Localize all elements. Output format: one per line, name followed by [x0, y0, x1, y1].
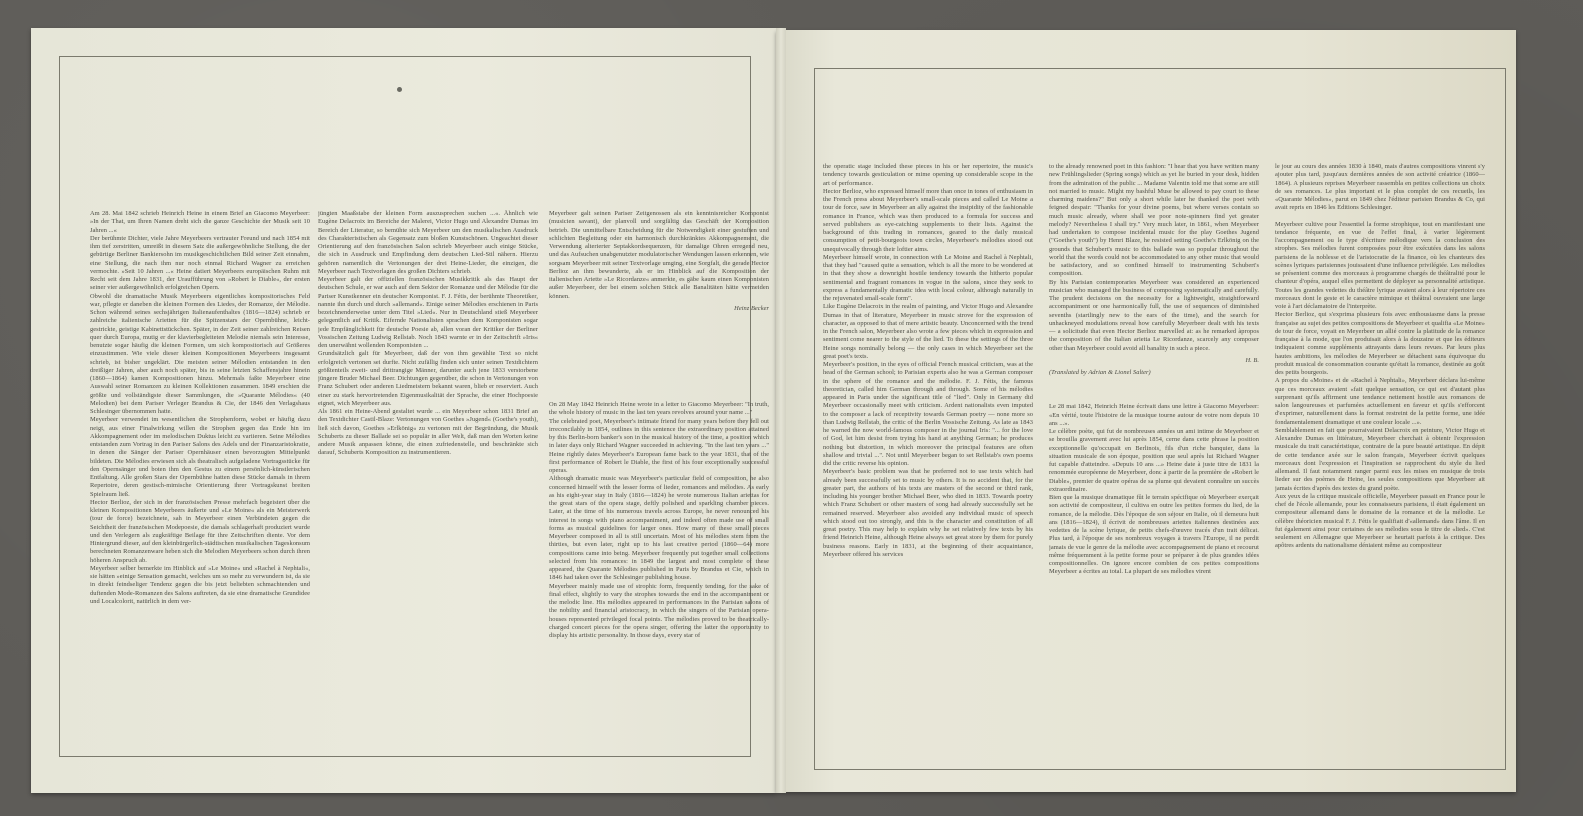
paragraph: Meyerbeer's basic problem was that he pr…	[823, 468, 1033, 559]
paragraph: A propos du «Moine» et de «Rachel à Neph…	[1275, 377, 1485, 427]
english-french-column-2: to the already renowned poet in this fas…	[1049, 163, 1259, 577]
paragraph: Meyerbeer's position, in the eyes of off…	[823, 361, 1033, 468]
left-page-border: Am 28. Mai 1842 schrieb Heinrich Heine i…	[59, 56, 751, 757]
paragraph: Meyerbeer mainly made use of strophic fo…	[549, 583, 769, 641]
right-page: the operatic stage included these pieces…	[776, 30, 1516, 792]
paragraph: Als 1861 ein Heine-Abend gestaltet wurde…	[318, 408, 538, 458]
paragraph: Meyerbeer cultive pour l'essentiel la fo…	[1275, 221, 1485, 312]
paragraph: Bien que la musique dramatique fût le te…	[1049, 494, 1259, 577]
left-page: Am 28. Mai 1842 schrieb Heinrich Heine i…	[31, 28, 776, 793]
english-column-1: the operatic stage included these pieces…	[823, 163, 1033, 559]
paragraph: Am 28. Mai 1842 schrieb Heinrich Heine i…	[90, 210, 310, 235]
paragraph: to the already renowned poet in this fas…	[1049, 163, 1259, 279]
paragraph: By his Parisian contemporaries Meyerbeer…	[1049, 279, 1259, 353]
paragraph: Meyerbeer galt seinen Pariser Zeitgenoss…	[549, 210, 769, 301]
paragraph: the operatic stage included these pieces…	[823, 163, 1033, 188]
paragraph: Meyerbeer verwendet im wesentlichen die …	[90, 416, 310, 499]
paragraph: On 28 May 1842 Heinrich Heine wrote in a…	[549, 401, 769, 418]
french-column-3: le jour au cours des années 1830 à 1840,…	[1275, 163, 1485, 551]
paragraph: jüngten Maaßstabe der kleinen Form auszu…	[318, 210, 538, 276]
author-signature: Heinz Becker	[549, 305, 769, 313]
paragraph: Le célèbre poète, qui fut de nombreuses …	[1049, 428, 1259, 494]
paragraph: The celebrated poet, Meyerbeer's intimat…	[549, 418, 769, 476]
german-english-column-3: Meyerbeer galt seinen Pariser Zeitgenoss…	[549, 210, 769, 640]
german-column-1: Am 28. Mai 1842 schrieb Heinrich Heine i…	[90, 210, 310, 606]
paragraph: Although dramatic music was Meyerbeer's …	[549, 475, 769, 582]
paragraph: Der berühmte Dichter, viele Jahre Meyerb…	[90, 235, 310, 293]
paragraph: Meyerbeer galt der offiziellen französis…	[318, 276, 538, 350]
paragraph: Meyerbeer selber bemerkte im Hinblick au…	[90, 565, 310, 606]
paragraph: Le 28 mai 1842, Heinrich Heine écrivait …	[1049, 403, 1259, 428]
german-column-2: jüngten Maaßstabe der kleinen Form auszu…	[318, 210, 538, 458]
paragraph: Hector Berlioz, der sich in der französi…	[90, 499, 310, 565]
paragraph: Meyerbeer himself wrote, in connection w…	[823, 254, 1033, 304]
paragraph: Like Eugène Delacroix in the realm of pa…	[823, 303, 1033, 361]
paragraph: Hector Berlioz, qui s'exprima plusieurs …	[1275, 311, 1485, 377]
booklet-spine	[776, 28, 786, 793]
translator-credit: (Translated by Adrian & Lionel Salter)	[1049, 369, 1259, 377]
paragraph: le jour au cours des années 1830 à 1840,…	[1275, 163, 1485, 213]
paragraph: Hector Berlioz, who expressed himself mo…	[823, 188, 1033, 254]
paragraph: Semblablement en fait que pourraivaient …	[1275, 427, 1485, 493]
paragraph: Obwohl die dramatische Musik Meyerbeers …	[90, 293, 310, 417]
paragraph: Aux yeux de la critique musicale officie…	[1275, 493, 1485, 551]
author-initials: H. B.	[1049, 357, 1259, 365]
paragraph: Grundsätzlich galt für Meyerbeer, daß de…	[318, 350, 538, 408]
